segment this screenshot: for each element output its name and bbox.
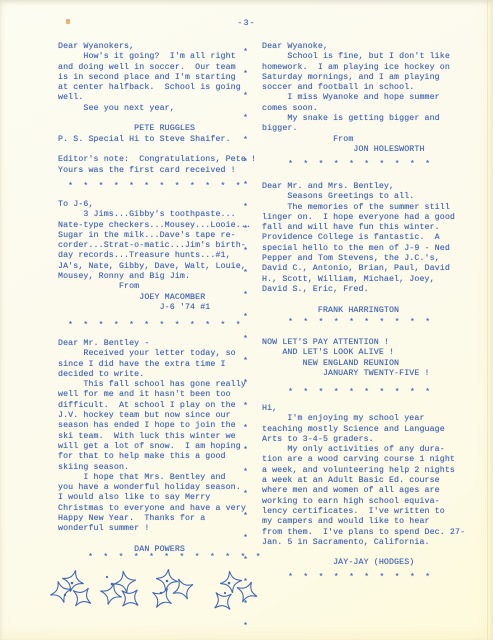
reunion-announcement: NOW LET'S PAY ATTENTION ! AND LET'S LOOK…	[262, 338, 430, 379]
letter-from-jon-holesworth: Dear Wyanoke, School is fine, but I don'…	[262, 42, 450, 155]
letter-from-jay-jay-hodges: Hi, I'm enjoying my school year teaching…	[262, 404, 465, 569]
paper-crease	[487, 0, 488, 640]
asterisk-separator: * * * * * * * * * * * *	[68, 321, 241, 331]
scanned-newsletter-page: -3- * * * * * * * * * * * * * * * * * * …	[0, 0, 493, 640]
asterisk-separator: * * * * * * * * * *	[288, 318, 430, 328]
asterisk-separator: * * * * * * * * * *	[288, 388, 430, 398]
asterisk-separator: * * * * * * * * * *	[288, 160, 430, 170]
asterisk-separator: * * * * * * * * * * * *	[68, 182, 241, 192]
page-number: -3-	[0, 18, 493, 28]
holly-star-doodles	[48, 568, 263, 620]
asterisk-separator: * * * * * * * * * * * *	[88, 553, 261, 563]
letter-from-joey-macomber: To J-6, 3 Jims...Gibby's toothpaste... N…	[58, 200, 251, 313]
letter-from-dan-powers: Dear Mr. Bentley - Received your letter …	[58, 339, 246, 555]
ink-smudge-mark	[66, 19, 70, 24]
asterisk-separator: * * * * * * * * * *	[288, 573, 430, 583]
letter-from-pete-ruggles: Dear Wyanokers, How's it going? I'm all …	[58, 42, 256, 176]
letter-from-frank-harrington: Dear Mr. and Mrs. Bentley, Seasons Greet…	[262, 182, 455, 316]
